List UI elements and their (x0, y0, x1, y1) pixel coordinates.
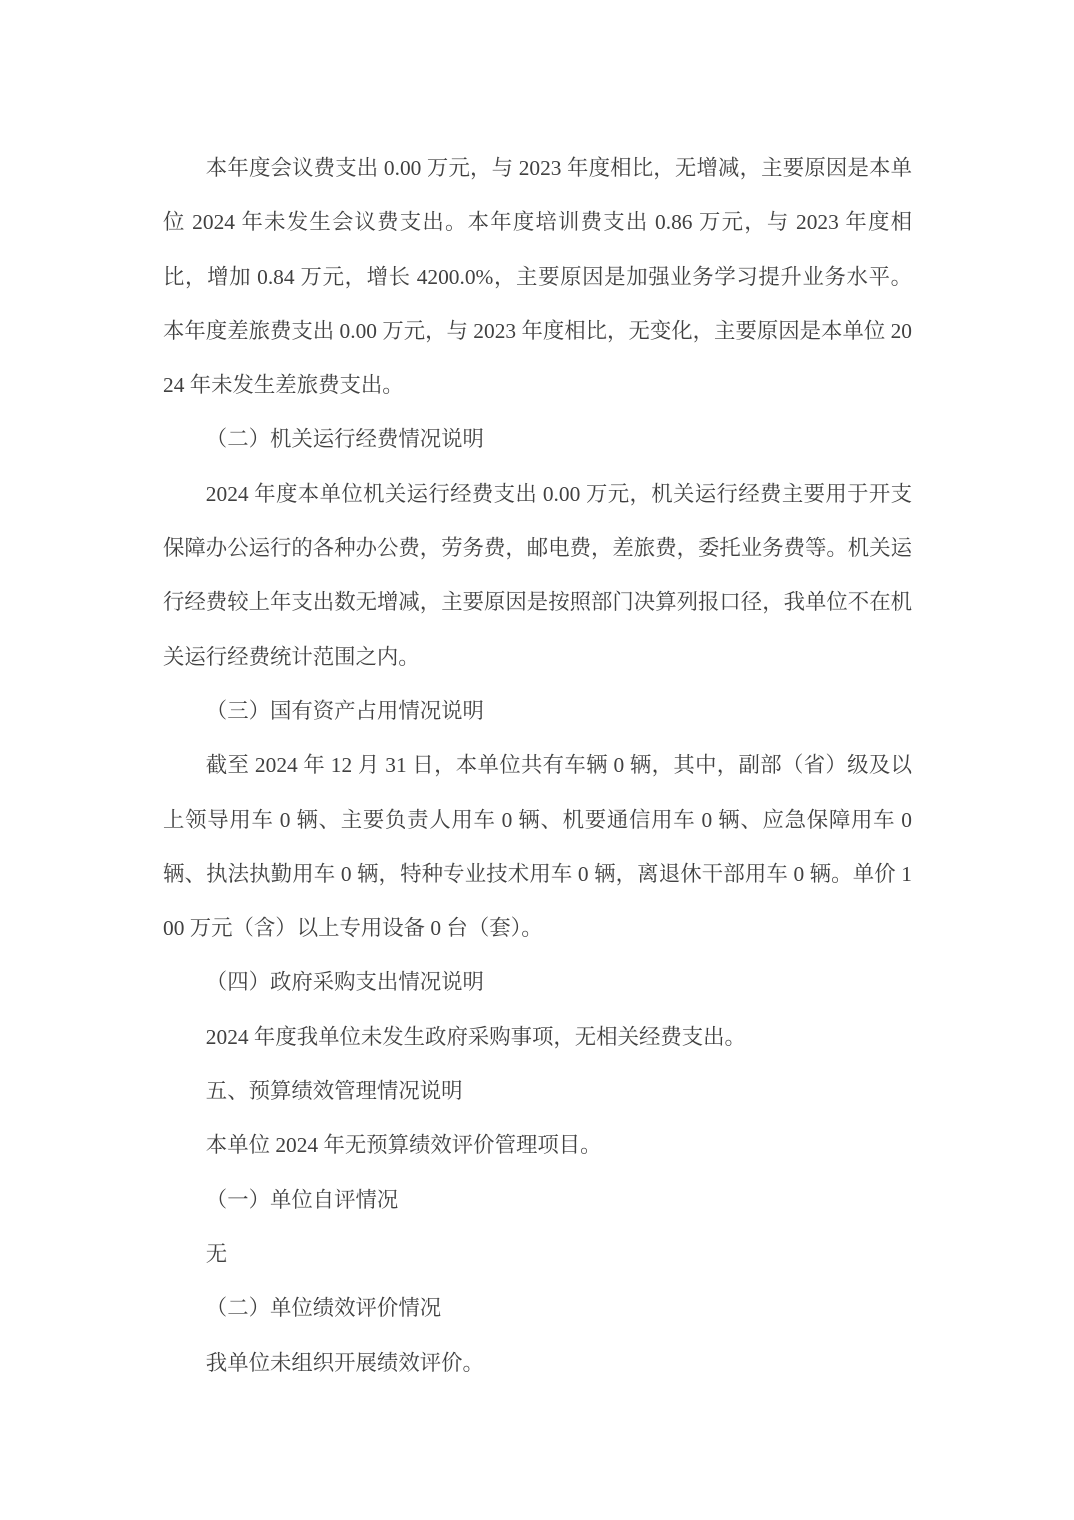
paragraph-government-procurement-detail: 2024 年度我单位未发生政府采购事项，无相关经费支出。 (163, 1010, 912, 1064)
paragraph-state-owned-assets-detail: 截至 2024 年 12 月 31 日，本单位共有车辆 0 辆，其中，副部（省）… (163, 738, 912, 955)
heading-section-4-government-procurement: （四）政府采购支出情况说明 (163, 955, 912, 1009)
heading-section-5-budget-performance-management: 五、预算绩效管理情况说明 (163, 1064, 912, 1118)
paragraph-budget-performance-overview: 本单位 2024 年无预算绩效评价管理项目。 (163, 1118, 912, 1172)
paragraph-agency-operating-expenses-detail: 2024 年度本单位机关运行经费支出 0.00 万元，机关运行经费主要用于开支保… (163, 467, 912, 684)
document-page: 本年度会议费支出 0.00 万元，与 2023 年度相比，无增减，主要原因是本单… (0, 0, 1074, 1520)
paragraph-performance-evaluation-status: 我单位未组织开展绩效评价。 (163, 1336, 912, 1390)
heading-subsection-2-unit-performance-evaluation: （二）单位绩效评价情况 (163, 1281, 912, 1335)
paragraph-annual-meeting-training-travel-expenses: 本年度会议费支出 0.00 万元，与 2023 年度相比，无增减，主要原因是本单… (163, 141, 912, 412)
paragraph-self-evaluation-none: 无 (163, 1227, 912, 1281)
heading-subsection-1-unit-self-evaluation: （一）单位自评情况 (163, 1173, 912, 1227)
heading-section-3-state-owned-assets: （三）国有资产占用情况说明 (163, 684, 912, 738)
heading-section-2-agency-operating-expenses: （二）机关运行经费情况说明 (163, 412, 912, 466)
